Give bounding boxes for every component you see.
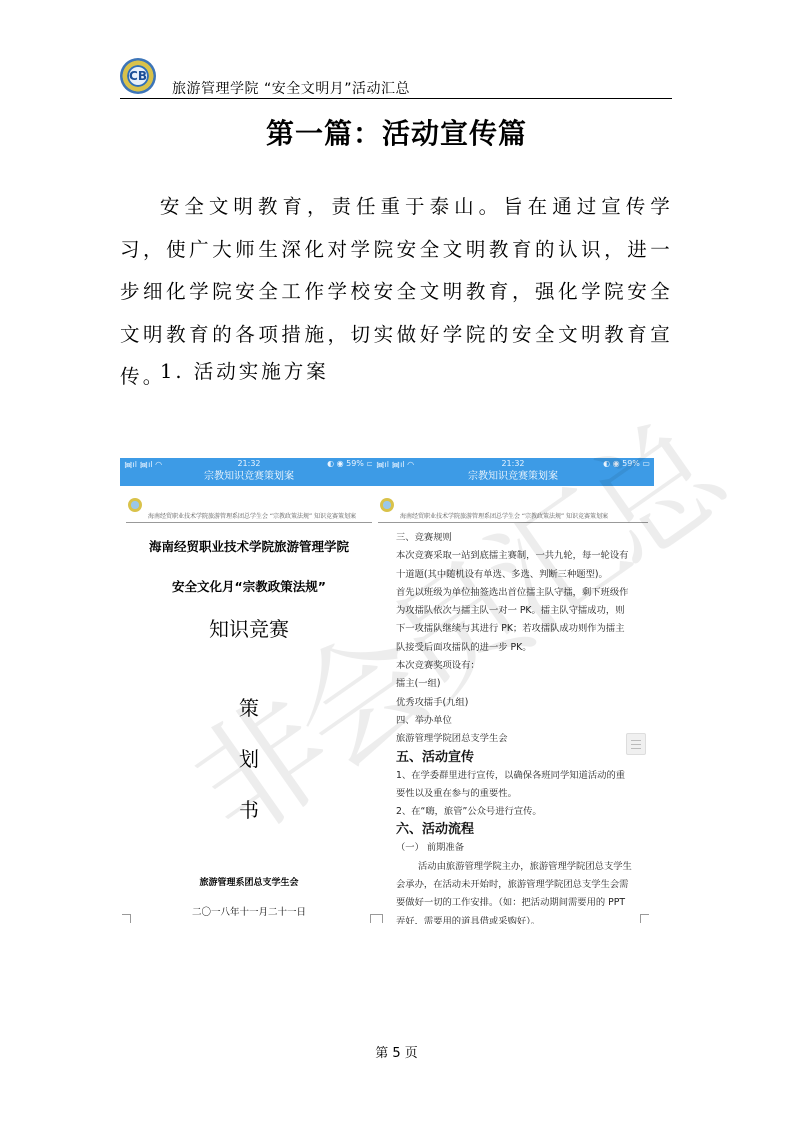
menu-icon-line bbox=[631, 744, 641, 745]
cover-title: 知识竞赛 bbox=[120, 613, 378, 642]
prep-text: 活动由旅游管理学院主办，旅游管理学院团总支学生会承办，在活动未开始时，旅游管理学… bbox=[396, 858, 632, 924]
cover-page: 海南经贸职业技术学院旅游管理学院 安全文化月“宗教政策法规” 知识竞赛 策 划 … bbox=[120, 537, 378, 918]
page-header: CB 旅游管理学院 “安全文明月”活动汇总 bbox=[120, 58, 672, 99]
publicity-heading: 五、活动宣传 bbox=[396, 749, 632, 767]
plan-content: 三、竞赛规则 本次竞赛采取一站到底擂主赛制，一共九轮，每一轮设有十道题(其中随机… bbox=[372, 523, 654, 924]
corner-mark bbox=[374, 914, 383, 923]
menu-icon-line bbox=[631, 748, 641, 749]
cover-subtitle: 安全文化月“宗教政策法规” bbox=[120, 577, 378, 595]
app-title-bar: 宗教知识竞赛策划案 bbox=[120, 470, 378, 486]
publicity-item-1: 1、在学委群里进行宣传，以确保各班同学知道活动的重要性以及重在参与的重要性。 bbox=[396, 767, 632, 804]
cover-char-3: 书 bbox=[120, 794, 378, 823]
cover-date: 二〇一八年十一月二十一日 bbox=[120, 904, 378, 918]
page-number: 第 5 页 bbox=[0, 1042, 793, 1061]
logo-text: CB bbox=[129, 67, 147, 85]
doc-header: 海南经贸职业技术学院旅游管理系团总学生会 “宗教政策法规” 知识竞赛策划案 bbox=[126, 494, 372, 523]
section-heading: 1. 活动实施方案 bbox=[160, 356, 329, 384]
college-logo-icon: CB bbox=[120, 58, 156, 94]
rules-paragraph-1: 本次竞赛采取一站到底擂主赛制，一共九轮，每一轮设有十道题(其中随机设有单选、多选… bbox=[396, 547, 632, 584]
page-title: 第一篇：活动宣传篇 bbox=[0, 112, 793, 152]
header-title: 旅游管理学院 “安全文明月”活动汇总 bbox=[172, 78, 410, 98]
screenshot-content: ᯼ıl ᯼ıl ◠ 21:32 ◐ ◉ 59% ▭ 宗教知识竞赛策划案 海南经贸… bbox=[372, 458, 654, 924]
doc-header-text: 海南经贸职业技术学院旅游管理系团总学生会 “宗教政策法规” 知识竞赛策划案 bbox=[400, 511, 608, 520]
app-title-bar: 宗教知识竞赛策划案 bbox=[372, 470, 654, 486]
award-2: 优秀攻擂手(九组) bbox=[396, 694, 632, 712]
organizer: 旅游管理学院团总支学生会 bbox=[396, 730, 632, 748]
doc-logo-icon bbox=[128, 498, 142, 512]
corner-mark bbox=[640, 914, 649, 923]
rules-paragraph-2: 首先以班级为单位抽签选出首位擂主队守擂，剩下班级作为攻擂队依次与擂主队一对一 P… bbox=[396, 584, 632, 657]
menu-icon-line bbox=[631, 740, 641, 741]
cover-school: 海南经贸职业技术学院旅游管理学院 bbox=[120, 537, 378, 555]
menu-button[interactable] bbox=[626, 733, 646, 755]
flow-heading: 六、活动流程 bbox=[396, 821, 632, 839]
rules-heading: 三、竞赛规则 bbox=[396, 529, 632, 547]
prep-heading: （一） 前期准备 bbox=[396, 839, 632, 857]
screenshot-cover: ᯼ıl ᯼ıl ◠ 21:32 ◐ ◉ 59% ▭ 宗教知识竞赛策划案 海南经贸… bbox=[120, 458, 378, 924]
award-1: 擂主(一组) bbox=[396, 675, 632, 693]
phone-status-bar: ᯼ıl ᯼ıl ◠ 21:32 ◐ ◉ 59% ▭ bbox=[372, 458, 654, 470]
awards-intro: 本次竞赛奖项设有： bbox=[396, 657, 632, 675]
cover-char-1: 策 bbox=[120, 692, 378, 721]
publicity-item-2: 2、在“嗨，旅管”公众号进行宣传。 bbox=[396, 803, 632, 821]
doc-header-text: 海南经贸职业技术学院旅游管理系团总学生会 “宗教政策法规” 知识竞赛策划案 bbox=[148, 511, 356, 520]
battery-icon: ◐ ◉ 59% ▭ bbox=[327, 459, 374, 468]
phone-status-bar: ᯼ıl ᯼ıl ◠ 21:32 ◐ ◉ 59% ▭ bbox=[120, 458, 378, 470]
cover-char-2: 划 bbox=[120, 743, 378, 772]
doc-logo-icon bbox=[380, 498, 394, 512]
battery-icon: ◐ ◉ 59% ▭ bbox=[603, 459, 650, 468]
corner-mark bbox=[122, 914, 131, 923]
organizer-heading: 四、举办单位 bbox=[396, 712, 632, 730]
doc-header: 海南经贸职业技术学院旅游管理系团总学生会 “宗教政策法规” 知识竞赛策划案 bbox=[378, 494, 648, 523]
cover-organization: 旅游管理系团总支学生会 bbox=[120, 875, 378, 888]
